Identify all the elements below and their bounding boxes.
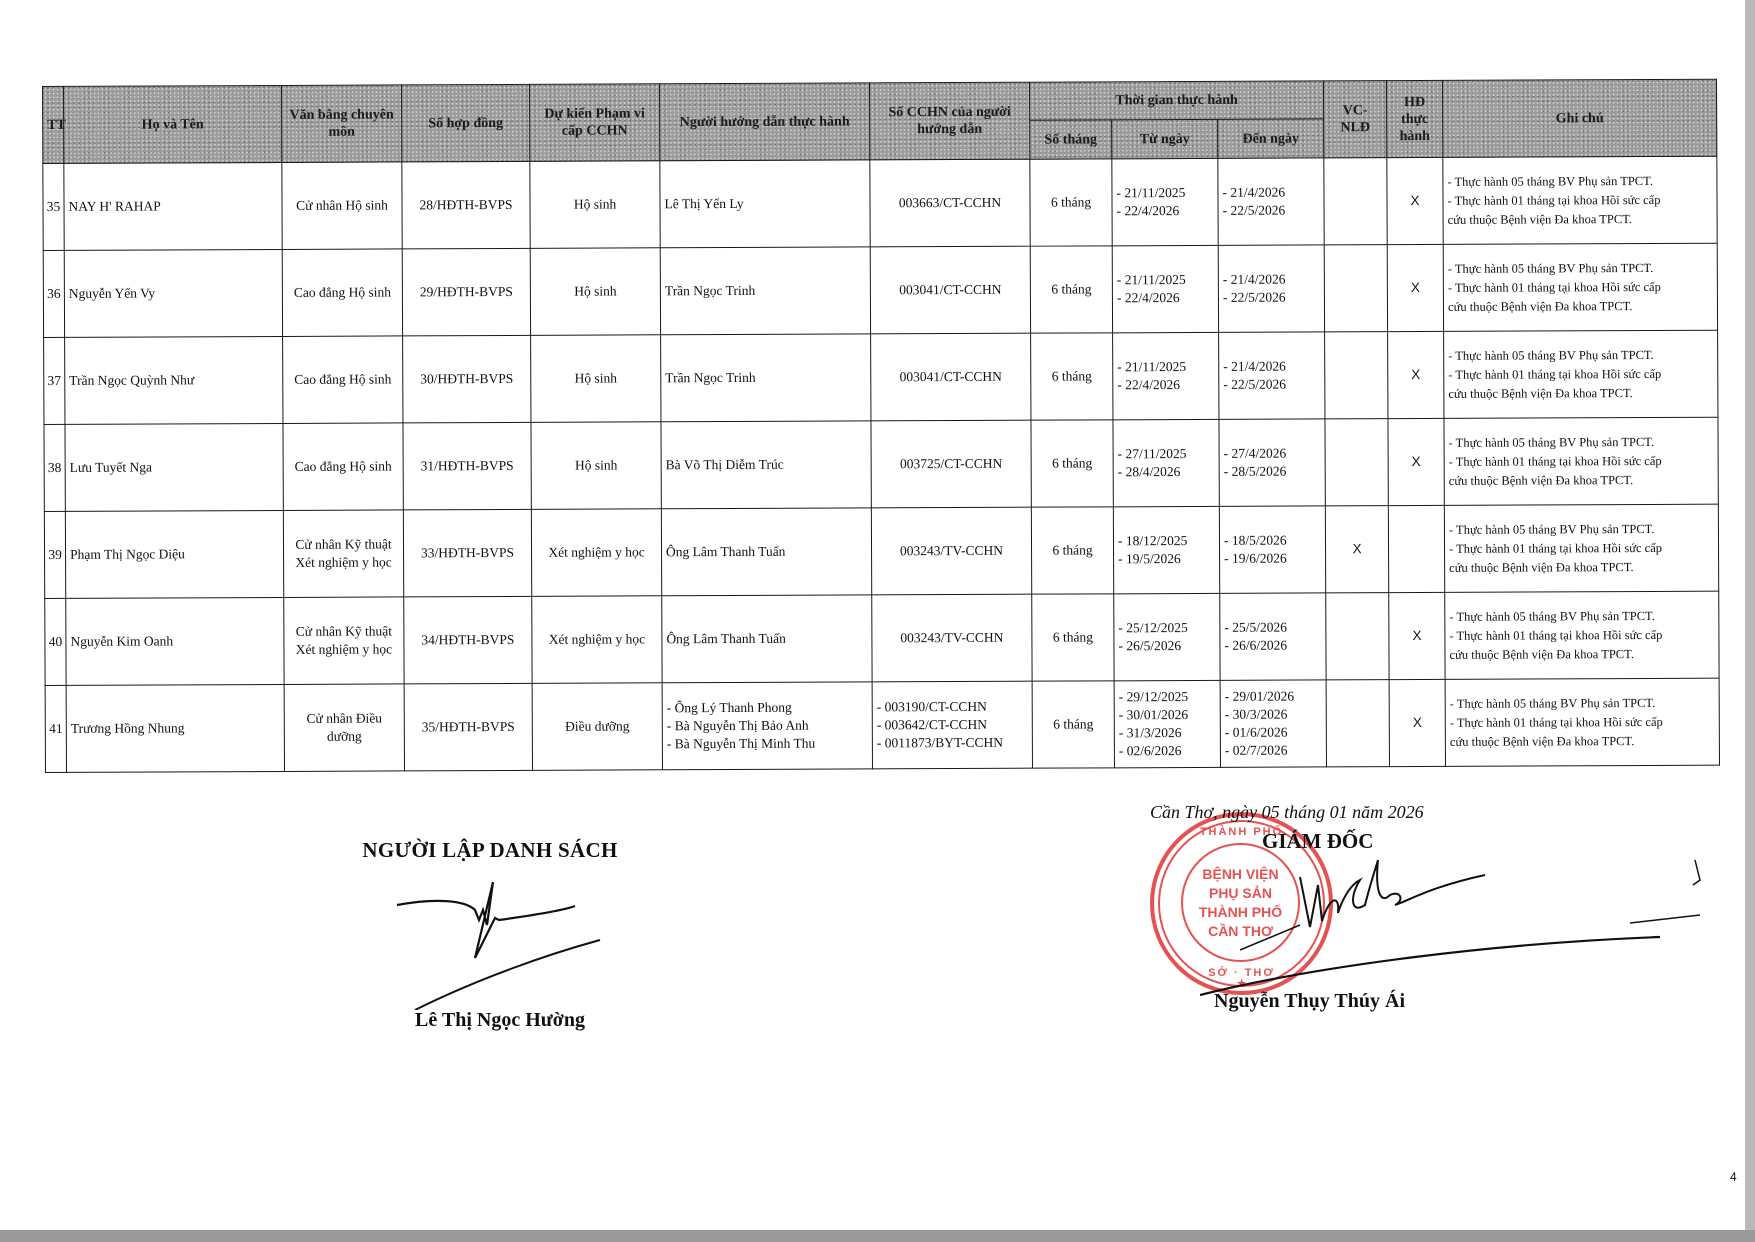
- cell-from-line: - 28/4/2026: [1118, 463, 1215, 481]
- cell-from-line: - 19/5/2026: [1118, 550, 1215, 568]
- cell-note-line: cứu thuộc Bệnh viện Đa khoa TPCT.: [1449, 557, 1714, 577]
- cell-mentor-cert-line: - 003190/CT-CCHN: [877, 698, 1028, 717]
- cell-note-line: - Thực hành 05 tháng BV Phụ sản TPCT.: [1448, 258, 1713, 278]
- cell-mentor: Trần Ngọc Trinh: [660, 247, 870, 335]
- cell-to-line: - 30/3/2026: [1225, 705, 1322, 723]
- header-period-group: Thời gian thực hành: [1029, 81, 1323, 120]
- cell-tt: 35: [43, 163, 64, 250]
- cell-tt: 39: [44, 511, 65, 598]
- director-name: Nguyễn Thụy Thúy Ái: [1150, 990, 1500, 1013]
- cell-name: Nguyễn Yến Vy: [64, 249, 282, 337]
- cell-note-line: cứu thuộc Bệnh viện Đa khoa TPCT.: [1448, 209, 1713, 229]
- cell-to-line: - 22/5/2026: [1223, 288, 1320, 306]
- cell-mentor-line: Trần Ngọc Trinh: [665, 281, 866, 300]
- cell-from: - 29/12/2025- 30/01/2026- 31/3/2026- 02/…: [1114, 680, 1220, 767]
- cell-note: - Thực hành 05 tháng BV Phụ sản TPCT.- T…: [1443, 243, 1717, 331]
- cell-degree: Cử nhân Điều dưỡng: [284, 684, 404, 772]
- header-degree: Văn bằng chuyên môn: [281, 85, 401, 163]
- cell-note-line: - Thực hành 01 tháng tại khoa Hồi sức cấ…: [1450, 712, 1715, 732]
- cell-tt: 41: [45, 685, 66, 772]
- cell-contract: 30/HĐTH-BVPS: [403, 335, 531, 423]
- header-tt: TT: [43, 86, 64, 163]
- cell-note-line: cứu thuộc Bệnh viện Đa khoa TPCT.: [1449, 644, 1714, 664]
- cell-mentor-cert: 003243/TV-CCHN: [871, 507, 1031, 595]
- cell-mentor-cert-line: 003725/CT-CCHN: [876, 455, 1027, 474]
- cell-note-line: - Thực hành 05 tháng BV Phụ sản TPCT.: [1449, 432, 1714, 452]
- cell-vc-nld: [1325, 419, 1388, 506]
- cell-months: 6 tháng: [1032, 681, 1114, 768]
- cell-note: - Thực hành 05 tháng BV Phụ sản TPCT.- T…: [1444, 417, 1718, 505]
- cell-to-line: - 22/5/2026: [1223, 201, 1320, 219]
- place-date: Cần Thơ, ngày 05 tháng 01 năm 2026: [1150, 802, 1500, 823]
- cell-contract: 31/HĐTH-BVPS: [403, 422, 531, 510]
- cell-to-line: - 21/4/2026: [1223, 270, 1320, 288]
- cell-to-line: - 01/6/2026: [1225, 723, 1322, 741]
- cell-note-line: - Thực hành 05 tháng BV Phụ sản TPCT.: [1449, 519, 1714, 539]
- cell-contract: 35/HĐTH-BVPS: [404, 683, 532, 771]
- cell-mentor: Ông Lâm Thanh Tuấn: [662, 595, 872, 683]
- cell-note-line: - Thực hành 05 tháng BV Phụ sản TPCT.: [1448, 345, 1713, 365]
- cell-to: - 29/01/2026- 30/3/2026- 01/6/2026- 02/7…: [1220, 680, 1326, 767]
- cell-mentor-cert: - 003190/CT-CCHN- 003642/CT-CCHN- 001187…: [872, 681, 1032, 769]
- cell-mentor: Lê Thị Yến Ly: [660, 160, 870, 248]
- director-signature-block: Cần Thơ, ngày 05 tháng 01 năm 2026 GIÁM …: [1150, 802, 1500, 1013]
- table-row: 39Phạm Thị Ngọc DiệuCử nhân Kỹ thuật Xét…: [44, 504, 1718, 598]
- cell-degree: Cao đẳng Hộ sinh: [282, 249, 402, 337]
- cell-hd: X: [1388, 418, 1444, 505]
- cell-months: 6 tháng: [1032, 594, 1114, 681]
- cell-to-line: - 21/4/2026: [1222, 183, 1319, 201]
- cell-months: 6 tháng: [1030, 159, 1112, 246]
- cell-note-line: - Thực hành 05 tháng BV Phụ sản TPCT.: [1447, 171, 1712, 191]
- cell-vc-nld: [1324, 158, 1387, 245]
- cell-note-line: - Thực hành 01 tháng tại khoa Hồi sức cấ…: [1448, 277, 1713, 297]
- cell-hd: X: [1388, 331, 1444, 418]
- cell-to: - 25/5/2026- 26/6/2026: [1220, 593, 1326, 680]
- cell-from-line: - 22/4/2026: [1117, 289, 1214, 307]
- cell-tt: 37: [44, 337, 65, 424]
- cell-mentor-line: Lê Thị Yến Ly: [664, 194, 865, 213]
- cell-months: 6 tháng: [1031, 420, 1113, 507]
- cell-note: - Thực hành 05 tháng BV Phụ sản TPCT.- T…: [1445, 678, 1719, 766]
- cell-mentor-line: - Bà Nguyễn Thị Bảo Anh: [667, 716, 868, 735]
- cell-note: - Thực hành 05 tháng BV Phụ sản TPCT.- T…: [1444, 330, 1718, 418]
- cell-mentor-line: Trần Ngọc Trinh: [665, 368, 866, 387]
- cell-mentor-line: Ông Lâm Thanh Tuấn: [666, 542, 867, 561]
- cell-mentor-cert-line: 003041/CT-CCHN: [875, 368, 1026, 387]
- cell-mentor: - Ông Lý Thanh Phong- Bà Nguyễn Thị Bảo …: [662, 682, 872, 770]
- cell-to-line: - 29/01/2026: [1225, 687, 1322, 705]
- table-row: 36Nguyễn Yến VyCao đẳng Hộ sinh29/HĐTH-B…: [43, 243, 1717, 337]
- cell-to-line: - 19/6/2026: [1224, 549, 1321, 567]
- cell-from-line: - 02/6/2026: [1119, 742, 1216, 760]
- cell-mentor: Bà Võ Thị Diễm Trúc: [661, 421, 871, 509]
- cell-from-line: - 30/01/2026: [1119, 706, 1216, 724]
- cell-mentor-line: - Ông Lý Thanh Phong: [667, 698, 868, 717]
- cell-months: 6 tháng: [1031, 507, 1113, 594]
- cell-to-line: - 21/4/2026: [1223, 357, 1320, 375]
- page-number: 4: [1730, 1170, 1737, 1184]
- preparer-signature-block: NGƯỜI LẬP DANH SÁCH Lê Thị Ngọc Hường: [330, 838, 650, 1032]
- cell-contract: 29/HĐTH-BVPS: [402, 248, 530, 336]
- cell-to-line: - 25/5/2026: [1224, 618, 1321, 636]
- cell-tt: 38: [44, 424, 65, 511]
- scan-edge-right: [1745, 0, 1755, 1242]
- header-hd: HĐ thực hành: [1387, 80, 1443, 157]
- table-row: 37Trần Ngọc Quỳnh NhưCao đẳng Hộ sinh30/…: [44, 330, 1718, 424]
- header-from: Từ ngày: [1112, 119, 1218, 158]
- cell-from: - 27/11/2025- 28/4/2026: [1113, 419, 1219, 506]
- header-mentor: Người hướng dẫn thực hành: [659, 83, 869, 161]
- cell-to-line: - 22/5/2026: [1223, 375, 1320, 393]
- cell-name: Nguyễn Kim Oanh: [66, 597, 284, 685]
- cell-from-line: - 27/11/2025: [1118, 445, 1215, 463]
- cell-name: Phạm Thị Ngọc Diệu: [65, 510, 283, 598]
- cell-note-line: - Thực hành 01 tháng tại khoa Hồi sức cấ…: [1448, 190, 1713, 210]
- cell-from-line: - 22/4/2026: [1117, 202, 1214, 220]
- header-vc-nld: VC-NLĐ: [1324, 81, 1387, 158]
- cell-note-line: - Thực hành 05 tháng BV Phụ sản TPCT.: [1450, 693, 1715, 713]
- cell-from: - 25/12/2025- 26/5/2026: [1114, 593, 1220, 680]
- cell-mentor-cert-line: 003243/TV-CCHN: [876, 629, 1027, 648]
- preparer-role: NGƯỜI LẬP DANH SÁCH: [330, 838, 650, 863]
- director-role: GIÁM ĐỐC: [1150, 829, 1500, 854]
- cell-scope: Hộ sinh: [531, 422, 661, 510]
- cell-degree: Cao đẳng Hộ sinh: [283, 423, 403, 511]
- cell-mentor: Ông Lâm Thanh Tuấn: [661, 508, 871, 596]
- cell-scope: Điều dưỡng: [532, 683, 662, 771]
- cell-mentor-cert: 003725/CT-CCHN: [871, 420, 1031, 508]
- cell-mentor-cert: 003041/CT-CCHN: [870, 246, 1030, 334]
- cell-mentor-cert-line: 003243/TV-CCHN: [876, 542, 1027, 561]
- cell-from-line: - 22/4/2026: [1117, 376, 1214, 394]
- cell-degree: Cử nhân Kỹ thuật Xét nghiệm y học: [284, 597, 404, 685]
- header-scope: Dự kiến Phạm vi cấp CCHN: [529, 84, 659, 162]
- cell-note-line: - Thực hành 01 tháng tại khoa Hồi sức cấ…: [1448, 364, 1713, 384]
- header-contract: Số hợp đồng: [401, 84, 529, 162]
- cell-note-line: cứu thuộc Bệnh viện Đa khoa TPCT.: [1448, 383, 1713, 403]
- cell-mentor-line: Bà Võ Thị Diễm Trúc: [666, 455, 867, 474]
- cell-months: 6 tháng: [1030, 246, 1112, 333]
- cell-to: - 18/5/2026- 19/6/2026: [1219, 506, 1325, 593]
- cell-scope: Xét nghiệm y học: [531, 509, 661, 597]
- header-note: Ghi chú: [1443, 79, 1717, 157]
- cell-name: Trương Hồng Nhung: [66, 684, 284, 772]
- cell-note-line: cứu thuộc Bệnh viện Đa khoa TPCT.: [1449, 470, 1714, 490]
- cell-to: - 21/4/2026- 22/5/2026: [1219, 332, 1325, 419]
- cell-note-line: - Thực hành 01 tháng tại khoa Hồi sức cấ…: [1449, 451, 1714, 471]
- cell-tt: 36: [43, 250, 64, 337]
- header-mentor-cert: Số CCHN của người hướng dẫn: [869, 82, 1029, 160]
- cell-scope: Hộ sinh: [530, 161, 660, 249]
- cell-from: - 21/11/2025- 22/4/2026: [1113, 332, 1219, 419]
- cell-to: - 21/4/2026- 22/5/2026: [1218, 245, 1324, 332]
- cell-note-line: - Thực hành 05 tháng BV Phụ sản TPCT.: [1449, 606, 1714, 626]
- cell-vc-nld: [1326, 593, 1389, 680]
- cell-name: NAY H' RAHAP: [64, 162, 282, 250]
- cell-mentor-cert-line: - 003642/CT-CCHN: [877, 716, 1028, 735]
- cell-contract: 33/HĐTH-BVPS: [403, 509, 531, 597]
- cell-mentor-line: Ông Lâm Thanh Tuấn: [666, 629, 867, 648]
- cell-mentor-cert: 003041/CT-CCHN: [871, 333, 1031, 421]
- cell-vc-nld: X: [1325, 506, 1388, 593]
- cell-from: - 18/12/2025- 19/5/2026: [1113, 506, 1219, 593]
- cell-to-line: - 27/4/2026: [1224, 444, 1321, 462]
- cell-mentor-line: - Bà Nguyễn Thị Minh Thu: [667, 734, 868, 753]
- cell-to: - 21/4/2026- 22/5/2026: [1218, 158, 1324, 245]
- cell-from-line: - 26/5/2026: [1118, 637, 1215, 655]
- cell-to-line: - 26/6/2026: [1224, 636, 1321, 654]
- header-months: Số tháng: [1030, 120, 1112, 159]
- cell-scope: Xét nghiệm y học: [532, 596, 662, 684]
- cell-hd: X: [1387, 157, 1443, 244]
- cell-hd: X: [1389, 592, 1445, 679]
- cell-to: - 27/4/2026- 28/5/2026: [1219, 419, 1325, 506]
- cell-from-line: - 25/12/2025: [1118, 619, 1215, 637]
- cell-vc-nld: [1325, 332, 1388, 419]
- cell-mentor-cert: 003663/CT-CCHN: [870, 159, 1030, 247]
- cell-note-line: - Thực hành 01 tháng tại khoa Hồi sức cấ…: [1449, 538, 1714, 558]
- header-name: Họ và Tên: [64, 85, 282, 163]
- cell-tt: 40: [45, 598, 66, 685]
- scan-edge-bottom: [0, 1230, 1755, 1242]
- cell-note-line: cứu thuộc Bệnh viện Đa khoa TPCT.: [1448, 296, 1713, 316]
- cell-note: - Thực hành 05 tháng BV Phụ sản TPCT.- T…: [1444, 504, 1718, 592]
- table-row: 41Trương Hồng NhungCử nhân Điều dưỡng35/…: [45, 678, 1719, 772]
- cell-from: - 21/11/2025- 22/4/2026: [1112, 245, 1218, 332]
- cell-hd: X: [1389, 679, 1445, 766]
- cell-vc-nld: [1326, 680, 1389, 767]
- cell-from-line: - 21/11/2025: [1117, 358, 1214, 376]
- cell-hd: [1388, 505, 1444, 592]
- cell-from: - 21/11/2025- 22/4/2026: [1112, 158, 1218, 245]
- cell-mentor: Trần Ngọc Trinh: [661, 334, 871, 422]
- cell-months: 6 tháng: [1031, 333, 1113, 420]
- cell-contract: 34/HĐTH-BVPS: [404, 596, 532, 684]
- cell-contract: 28/HĐTH-BVPS: [402, 161, 530, 249]
- cell-from-line: - 21/11/2025: [1117, 271, 1214, 289]
- cell-to-line: - 02/7/2026: [1225, 741, 1322, 759]
- table-body: 35NAY H' RAHAPCử nhân Hộ sinh28/HĐTH-BVP…: [43, 156, 1720, 772]
- cell-name: Lưu Tuyết Nga: [65, 423, 283, 511]
- cell-note: - Thực hành 05 tháng BV Phụ sản TPCT.- T…: [1445, 591, 1719, 679]
- table-row: 38Lưu Tuyết NgaCao đẳng Hộ sinh31/HĐTH-B…: [44, 417, 1718, 511]
- cell-scope: Hộ sinh: [531, 335, 661, 423]
- table-row: 40Nguyễn Kim OanhCử nhân Kỹ thuật Xét ng…: [45, 591, 1719, 685]
- cell-from-line: - 31/3/2026: [1119, 724, 1216, 742]
- cell-name: Trần Ngọc Quỳnh Như: [65, 336, 283, 424]
- cell-to-line: - 28/5/2026: [1224, 462, 1321, 480]
- cell-note-line: - Thực hành 01 tháng tại khoa Hồi sức cấ…: [1449, 625, 1714, 645]
- cell-degree: Cao đẳng Hộ sinh: [283, 336, 403, 424]
- cell-degree: Cử nhân Kỹ thuật Xét nghiệm y học: [283, 510, 403, 598]
- cell-vc-nld: [1324, 245, 1387, 332]
- cell-mentor-cert-line: 003041/CT-CCHN: [875, 281, 1026, 300]
- cell-to-line: - 18/5/2026: [1224, 531, 1321, 549]
- header-to: Đến ngày: [1218, 119, 1324, 158]
- cell-mentor-cert-line: 003663/CT-CCHN: [874, 194, 1025, 213]
- table-row: 35NAY H' RAHAPCử nhân Hộ sinh28/HĐTH-BVP…: [43, 156, 1717, 250]
- cell-degree: Cử nhân Hộ sinh: [282, 162, 402, 250]
- cell-from-line: - 29/12/2025: [1119, 688, 1216, 706]
- cell-mentor-cert: 003243/TV-CCHN: [872, 594, 1032, 682]
- cell-from-line: - 21/11/2025: [1116, 184, 1213, 202]
- cell-from-line: - 18/12/2025: [1118, 532, 1215, 550]
- trainee-list-table: TT Họ và Tên Văn bằng chuyên môn Số hợp …: [42, 79, 1720, 773]
- cell-scope: Hộ sinh: [530, 248, 660, 336]
- cell-note-line: cứu thuộc Bệnh viện Đa khoa TPCT.: [1450, 731, 1715, 751]
- preparer-name: Lê Thị Ngọc Hường: [330, 1009, 650, 1032]
- cell-note: - Thực hành 05 tháng BV Phụ sản TPCT.- T…: [1443, 156, 1717, 244]
- cell-hd: X: [1387, 244, 1443, 331]
- cell-mentor-cert-line: - 0011873/BYT-CCHN: [877, 734, 1028, 753]
